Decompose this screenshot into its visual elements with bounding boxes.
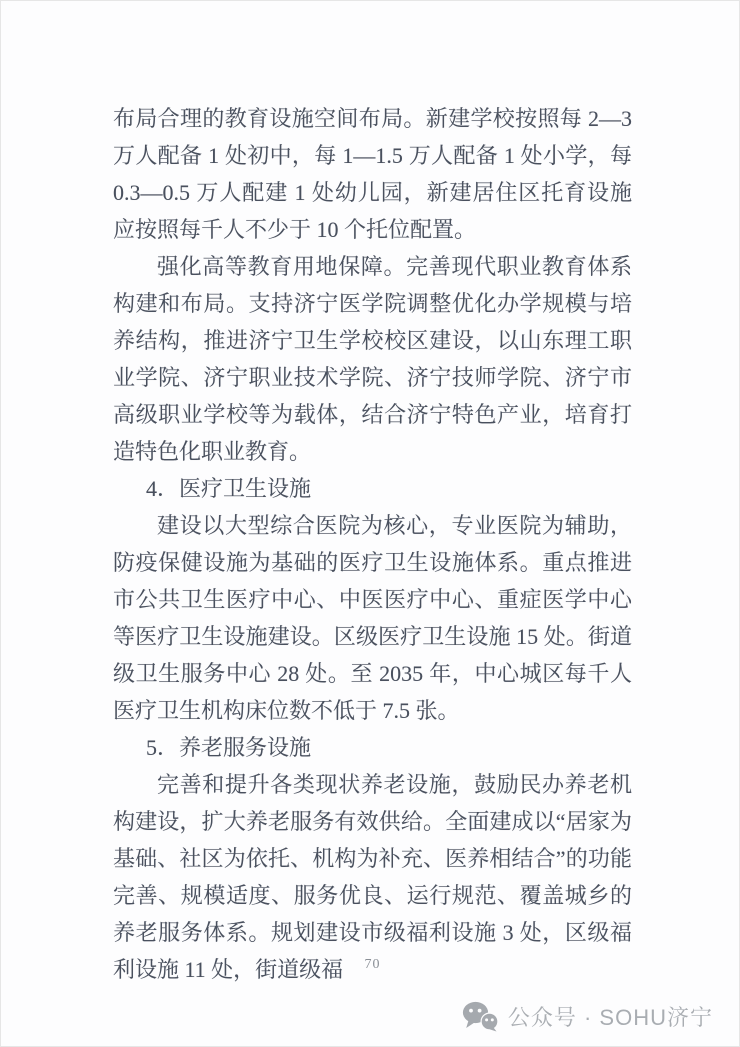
watermark: 公众号 · SOHU济宁	[462, 1001, 713, 1032]
document-page: 布局合理的教育设施空间布局。新建学校按照每 2—3 万人配备 1 处初中，每 1…	[0, 0, 740, 1047]
section-heading-elderly-care-facilities: 5．养老服务设施	[113, 729, 632, 766]
page-number: 70	[113, 957, 632, 973]
watermark-text: 公众号 · SOHU济宁	[508, 1001, 713, 1032]
wechat-icon	[462, 1001, 499, 1032]
paragraph-continuation-education-facilities: 布局合理的教育设施空间布局。新建学校按照每 2—3 万人配备 1 处初中，每 1…	[113, 100, 632, 248]
paragraph-elderly-care-facilities: 完善和提升各类现状养老设施，鼓励民办养老机构建设，扩大养老服务有效供给。全面建成…	[113, 766, 632, 988]
paragraph-higher-education: 强化高等教育用地保障。完善现代职业教育体系构建和布局。支持济宁医学院调整优化办学…	[113, 248, 632, 470]
paragraph-medical-facilities: 建设以大型综合医院为核心，专业医院为辅助，防疫保健设施为基础的医疗卫生设施体系。…	[113, 507, 632, 729]
section-heading-medical-facilities: 4．医疗卫生设施	[113, 470, 632, 507]
document-text-block: 布局合理的教育设施空间布局。新建学校按照每 2—3 万人配备 1 处初中，每 1…	[113, 100, 632, 988]
